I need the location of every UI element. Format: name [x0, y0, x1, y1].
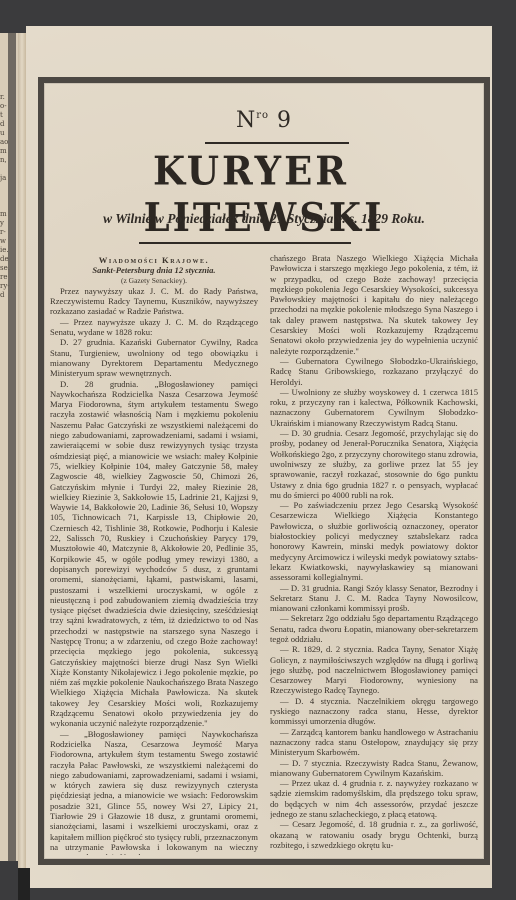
article-columns: Wiadomości Krajowe. Sankt-Petersburg dni… — [50, 253, 478, 855]
paragraph: — Zarządcą kantorem banku handlowego w A… — [270, 727, 478, 758]
paragraph: — D. 7 stycznia. Rzeczywisty Radca Stanu… — [270, 758, 478, 779]
issue-prefix: N — [236, 108, 256, 133]
right-column: chańszego Brata Naszego Wielkiego Xiążęc… — [270, 253, 478, 855]
paragraph: — D. 4 stycznia. Naczelnikiem okręgu tar… — [270, 696, 478, 727]
newspaper-page: Nro 9 KURYERLITEWSKI w Wilnie w Poniedzi… — [26, 26, 492, 888]
previous-page-text: r. o- t d u ao m n, ja m y r- w ie. de s… — [0, 93, 8, 300]
paragraph: Przez naywyższy ukaz J. C. M. do Rady Pa… — [50, 286, 258, 317]
paragraph: — Przez ukaz d. 4 grudnia r. z. naywyżey… — [270, 778, 478, 819]
paragraph: — D. 30 grudnia. Cesarz Jegomość, przych… — [270, 428, 478, 500]
issue-number: Nro 9 — [44, 108, 484, 133]
paragraph: — Gubernatora Cywilnego Słobodzko-Ukraiń… — [270, 356, 478, 387]
section-place-date: Sankt-Petersburg dnia 12 stycznia. — [50, 265, 258, 275]
paragraph: — Przez naywyższe ukazy J. C. M. do Rząd… — [50, 317, 258, 338]
page-border-frame: Nro 9 KURYERLITEWSKI w Wilnie w Poniedzi… — [38, 77, 490, 865]
left-column: Wiadomości Krajowe. Sankt-Petersburg dni… — [50, 253, 258, 855]
masthead: Nro 9 KURYERLITEWSKI w Wilnie w Poniedzi… — [44, 83, 484, 243]
paragraph: chańszego Brata Naszego Wielkiego Xiążęc… — [270, 253, 478, 356]
section-title: Wiadomości Krajowe. — [50, 255, 258, 265]
paragraph: — R. 1829, d. 2 stycznia. Radca Tayny, S… — [270, 644, 478, 695]
dateline: w Wilnie w Poniedziałek dnia 21 Stycznia… — [44, 211, 484, 227]
issue-number-value: 9 — [277, 108, 292, 133]
paragraph: — „Błogosławioney pamięci Naywkochańsza … — [50, 729, 258, 855]
paragraph: — Cesarz Jegomość, d. 18 grudnia r. z., … — [270, 819, 478, 850]
paragraph: — Uwolniony ze służby woyskowey d. 1 cze… — [270, 387, 478, 428]
section-source: (z Gazety Senackiey). — [50, 276, 258, 286]
issue-suffix: ro — [256, 110, 269, 121]
previous-page-border — [8, 33, 16, 861]
paragraph: D. 28 grudnia. „Błogosławioney pamięci N… — [50, 379, 258, 729]
paragraph: D. 27 grudnia. Kazański Gubernator Cywil… — [50, 337, 258, 378]
masthead-rule-top — [205, 142, 349, 144]
paragraph: — Po zaświadczeniu przez Jego Cesarską W… — [270, 500, 478, 582]
masthead-rule-bottom — [139, 242, 351, 244]
paragraph: — Sekretarz 2go oddziału 5go departament… — [270, 613, 478, 644]
book-gutter — [18, 33, 26, 868]
title-word-1: KURYER — [153, 148, 349, 194]
paragraph: — D. 31 grudnia. Rangi Szóy klassy Senat… — [270, 583, 478, 614]
binding-shadow — [18, 868, 30, 900]
previous-page-edge: r. o- t d u ao m n, ja m y r- w ie. de s… — [0, 33, 18, 861]
